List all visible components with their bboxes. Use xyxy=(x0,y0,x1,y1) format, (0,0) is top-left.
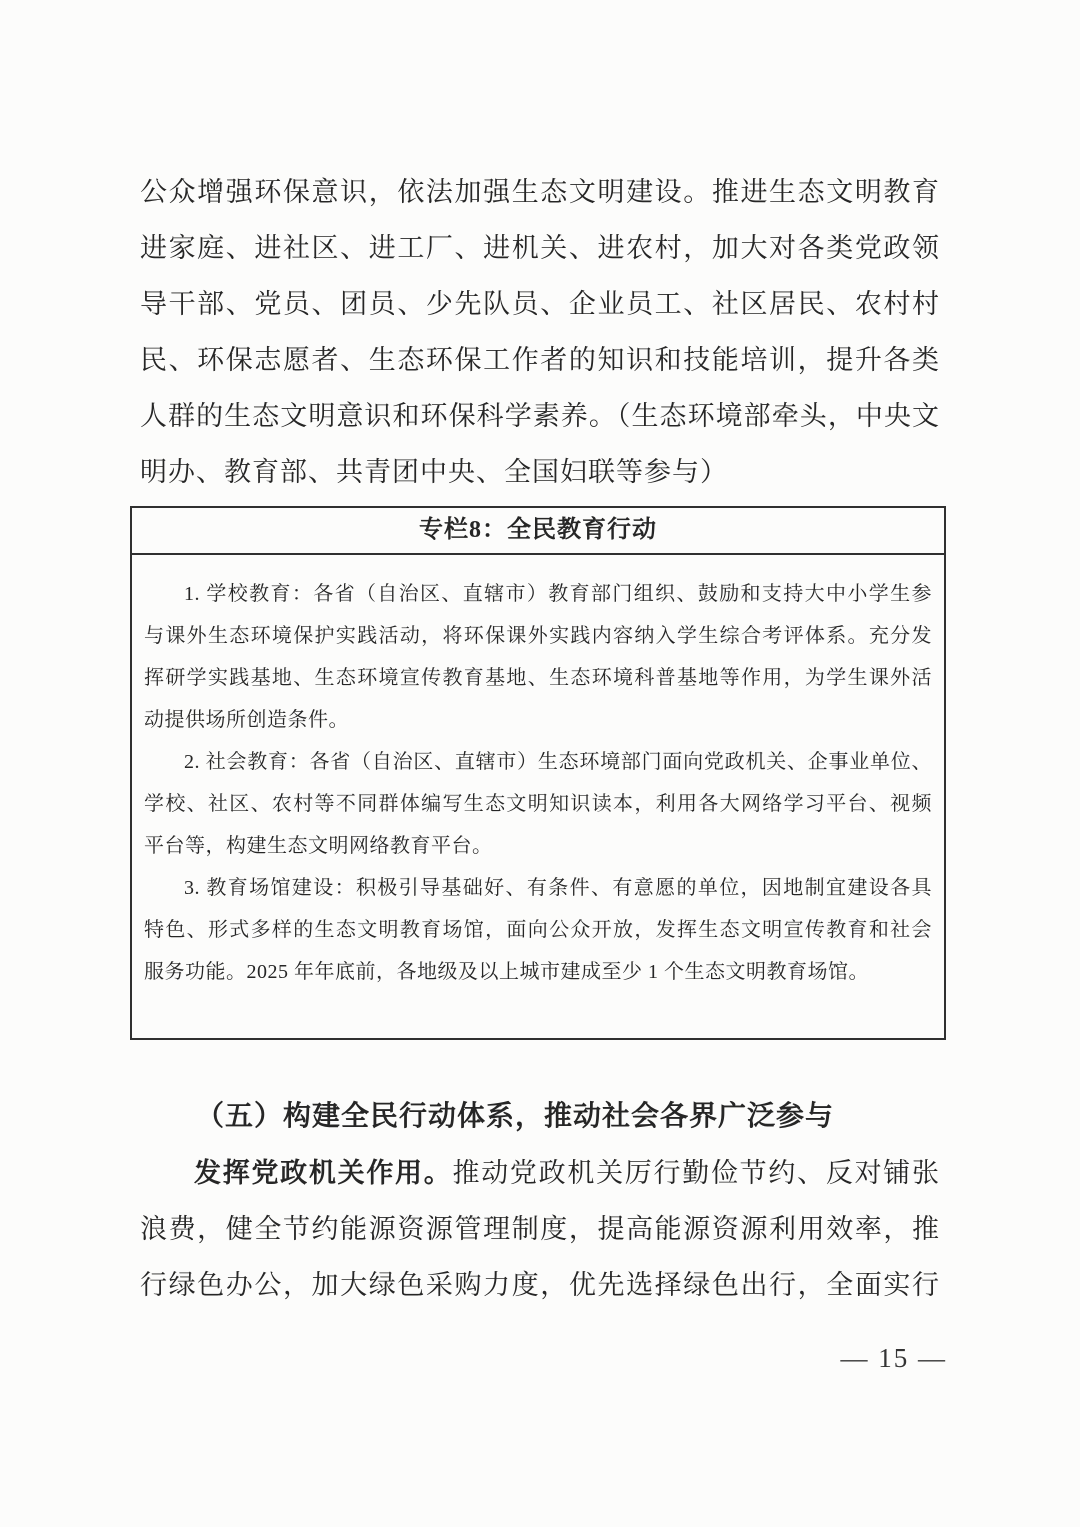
section-five: （五）构建全民行动体系，推动社会各界广泛参与 发挥党政机关作用。推动党政机关厉行… xyxy=(140,1089,940,1313)
page-number: — 15 — xyxy=(841,1343,948,1374)
column-box-title: 专栏8：全民教育行动 xyxy=(132,508,944,555)
box-item-line: 1. 学校教育：各省（自治区、直辖市）教育部门组织、鼓励和支持大中小学生参 xyxy=(144,573,932,615)
column-box: 专栏8：全民教育行动 1. 学校教育：各省（自治区、直辖市）教育部门组织、鼓励和… xyxy=(130,506,946,1040)
text-line: 浪费，健全节约能源资源管理制度，提高能源资源利用效率，推 xyxy=(140,1201,940,1257)
text-line: 进家庭、进社区、进工厂、进机关、进农村，加大对各类党政领 xyxy=(140,220,940,276)
text-line: 公众增强环保意识，依法加强生态文明建设。推进生态文明教育 xyxy=(140,164,940,220)
box-item-line: 特色、形式多样的生态文明教育场馆，面向公众开放，发挥生态文明宣传教育和社会 xyxy=(144,909,932,951)
section-heading: （五）构建全民行动体系，推动社会各界广泛参与 xyxy=(140,1089,940,1145)
box-item-line: 平台等，构建生态文明网络教育平台。 xyxy=(144,825,932,867)
document-page: 公众增强环保意识，依法加强生态文明建设。推进生态文明教育 进家庭、进社区、进工厂… xyxy=(0,0,1080,1527)
box-item-line: 2. 社会教育：各省（自治区、直辖市）生态环境部门面向党政机关、企事业单位、 xyxy=(144,741,932,783)
text-line: 明办、教育部、共青团中央、全国妇联等参与） xyxy=(140,444,940,500)
column-box-body: 1. 学校教育：各省（自治区、直辖市）教育部门组织、鼓励和支持大中小学生参 与课… xyxy=(132,555,944,993)
box-item-line: 挥研学实践基地、生态环境宣传教育基地、生态环境科普基地等作用，为学生课外活 xyxy=(144,657,932,699)
box-item-line: 3. 教育场馆建设：积极引导基础好、有条件、有意愿的单位，因地制宜建设各具 xyxy=(144,867,932,909)
box-item-line: 动提供场所创造条件。 xyxy=(144,699,932,741)
text-line: 发挥党政机关作用。推动党政机关厉行勤俭节约、反对铺张 xyxy=(140,1145,940,1201)
text-line: 行绿色办公，加大绿色采购力度，优先选择绿色出行，全面实行 xyxy=(140,1257,940,1313)
paragraph-text: 推动党政机关厉行勤俭节约、反对铺张 xyxy=(452,1158,940,1188)
box-item-line: 与课外生态环境保护实践活动，将环保课外实践内容纳入学生综合考评体系。充分发 xyxy=(144,615,932,657)
paragraph-continuation: 公众增强环保意识，依法加强生态文明建设。推进生态文明教育 进家庭、进社区、进工厂… xyxy=(140,164,940,500)
box-item-line: 学校、社区、农村等不同群体编写生态文明知识读本，利用各大网络学习平台、视频 xyxy=(144,783,932,825)
paragraph-bold-lead: 发挥党政机关作用。 xyxy=(194,1158,452,1188)
text-line: 人群的生态文明意识和环保科学素养。（生态环境部牵头，中央文 xyxy=(140,388,940,444)
box-item-line: 服务功能。2025 年年底前，各地级及以上城市建成至少 1 个生态文明教育场馆。 xyxy=(144,951,932,993)
text-line: 导干部、党员、团员、少先队员、企业员工、社区居民、农村村 xyxy=(140,276,940,332)
text-line: 民、环保志愿者、生态环保工作者的知识和技能培训，提升各类 xyxy=(140,332,940,388)
